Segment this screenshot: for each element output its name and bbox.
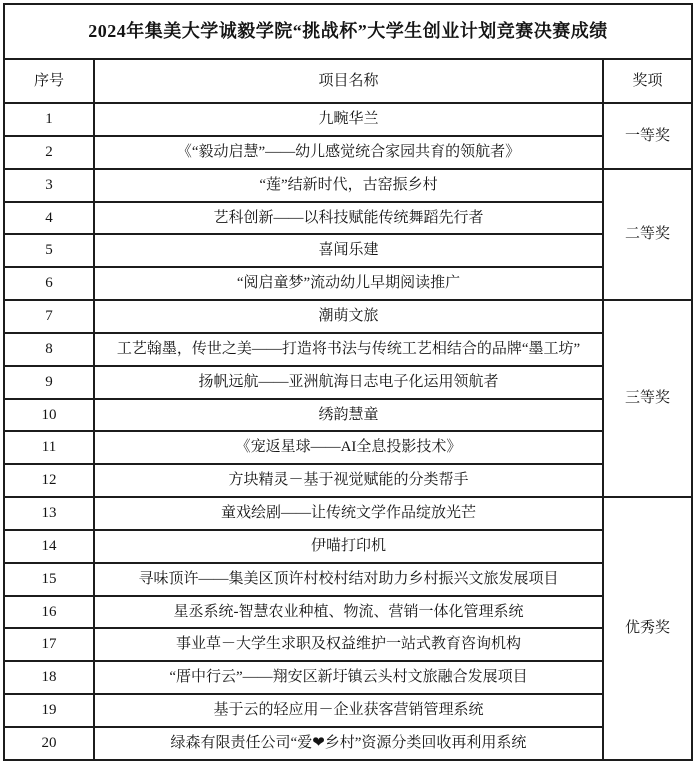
row-number-cell: 11 [4, 431, 94, 464]
project-name-cell: 艺科创新——以科技赋能传统舞蹈先行者 [94, 202, 603, 235]
table-row: 9 扬帆远航——亚洲航海日志电子化运用领航者 [4, 366, 692, 399]
project-name-cell: “阅启童梦”流动幼儿早期阅读推广 [94, 267, 603, 300]
row-number-cell: 4 [4, 202, 94, 235]
table-row: 7 潮萌文旅 三等奖 [4, 300, 692, 333]
table-row: 2 《“毅动启慧”——幼儿感觉统合家园共育的领航者》 [4, 136, 692, 169]
project-name-cell: 工艺翰墨，传世之美——打造将书法与传统工艺相结合的品牌“墨工坊” [94, 333, 603, 366]
table-row: 12 方块精灵－基于视觉赋能的分类帮手 [4, 464, 692, 497]
project-name-cell: 方块精灵－基于视觉赋能的分类帮手 [94, 464, 603, 497]
row-number-cell: 7 [4, 300, 94, 333]
row-number-cell: 1 [4, 103, 94, 136]
project-name-cell: 绣韵慧童 [94, 399, 603, 432]
table-row: 10 绣韵慧童 [4, 399, 692, 432]
document-page: 2024年集美大学诚毅学院“挑战杯”大学生创业计划竞赛决赛成绩 序号 项目名称 … [0, 0, 695, 766]
table-row: 18 “厝中行云”——翔安区新圩镇云头村文旅融合发展项目 [4, 661, 692, 694]
table-row: 19 基于云的轻应用－企业获客营销管理系统 [4, 694, 692, 727]
project-name-cell: 寻味顶许——集美区顶许村校村结对助力乡村振兴文旅发展项目 [94, 563, 603, 596]
table-row: 6 “阅启童梦”流动幼儿早期阅读推广 [4, 267, 692, 300]
project-name-cell: 基于云的轻应用－企业获客营销管理系统 [94, 694, 603, 727]
table-row: 16 星丞系统-智慧农业种植、物流、营销一体化管理系统 [4, 596, 692, 629]
row-number-cell: 17 [4, 628, 94, 661]
row-number-cell: 13 [4, 497, 94, 530]
table-row: 11 《宠返星球——AI全息投影技术》 [4, 431, 692, 464]
title-row: 2024年集美大学诚毅学院“挑战杯”大学生创业计划竞赛决赛成绩 [4, 4, 692, 59]
results-table: 2024年集美大学诚毅学院“挑战杯”大学生创业计划竞赛决赛成绩 序号 项目名称 … [3, 3, 693, 761]
table-title: 2024年集美大学诚毅学院“挑战杯”大学生创业计划竞赛决赛成绩 [4, 4, 692, 59]
row-number-cell: 15 [4, 563, 94, 596]
project-name-cell: “厝中行云”——翔安区新圩镇云头村文旅融合发展项目 [94, 661, 603, 694]
project-name-cell: “莲”结新时代，古窑振乡村 [94, 169, 603, 202]
project-name-cell: 绿森有限责任公司“爱❤乡村”资源分类回收再利用系统 [94, 727, 603, 760]
table-row: 8 工艺翰墨，传世之美——打造将书法与传统工艺相结合的品牌“墨工坊” [4, 333, 692, 366]
row-number-cell: 6 [4, 267, 94, 300]
column-header-index: 序号 [4, 59, 94, 103]
table-row: 13 童戏绘剧——让传统文学作品绽放光芒 优秀奖 [4, 497, 692, 530]
column-header-award: 奖项 [603, 59, 692, 103]
project-name-cell: 星丞系统-智慧农业种植、物流、营销一体化管理系统 [94, 596, 603, 629]
award-cell-excellence-prize: 优秀奖 [603, 497, 692, 760]
header-row: 序号 项目名称 奖项 [4, 59, 692, 103]
project-name-cell: 事业草－大学生求职及权益维护一站式教育咨询机构 [94, 628, 603, 661]
row-number-cell: 19 [4, 694, 94, 727]
table-row: 3 “莲”结新时代，古窑振乡村 二等奖 [4, 169, 692, 202]
table-row: 1 九畹华兰 一等奖 [4, 103, 692, 136]
project-name-cell: 九畹华兰 [94, 103, 603, 136]
project-name-cell: 童戏绘剧——让传统文学作品绽放光芒 [94, 497, 603, 530]
row-number-cell: 12 [4, 464, 94, 497]
table-row: 14 伊喵打印机 [4, 530, 692, 563]
row-number-cell: 16 [4, 596, 94, 629]
table-row: 4 艺科创新——以科技赋能传统舞蹈先行者 [4, 202, 692, 235]
project-name-cell: 《“毅动启慧”——幼儿感觉统合家园共育的领航者》 [94, 136, 603, 169]
row-number-cell: 5 [4, 234, 94, 267]
row-number-cell: 10 [4, 399, 94, 432]
row-number-cell: 20 [4, 727, 94, 760]
project-name-cell: 潮萌文旅 [94, 300, 603, 333]
award-cell-third-prize: 三等奖 [603, 300, 692, 497]
column-header-project: 项目名称 [94, 59, 603, 103]
row-number-cell: 18 [4, 661, 94, 694]
row-number-cell: 3 [4, 169, 94, 202]
table-row: 17 事业草－大学生求职及权益维护一站式教育咨询机构 [4, 628, 692, 661]
project-name-cell: 喜闻乐建 [94, 234, 603, 267]
project-name-cell: 伊喵打印机 [94, 530, 603, 563]
table-row: 15 寻味顶许——集美区顶许村校村结对助力乡村振兴文旅发展项目 [4, 563, 692, 596]
row-number-cell: 9 [4, 366, 94, 399]
project-name-cell: 扬帆远航——亚洲航海日志电子化运用领航者 [94, 366, 603, 399]
row-number-cell: 8 [4, 333, 94, 366]
table-row: 20 绿森有限责任公司“爱❤乡村”资源分类回收再利用系统 [4, 727, 692, 760]
award-cell-second-prize: 二等奖 [603, 169, 692, 300]
project-name-cell: 《宠返星球——AI全息投影技术》 [94, 431, 603, 464]
row-number-cell: 14 [4, 530, 94, 563]
award-cell-first-prize: 一等奖 [603, 103, 692, 169]
row-number-cell: 2 [4, 136, 94, 169]
table-row: 5 喜闻乐建 [4, 234, 692, 267]
